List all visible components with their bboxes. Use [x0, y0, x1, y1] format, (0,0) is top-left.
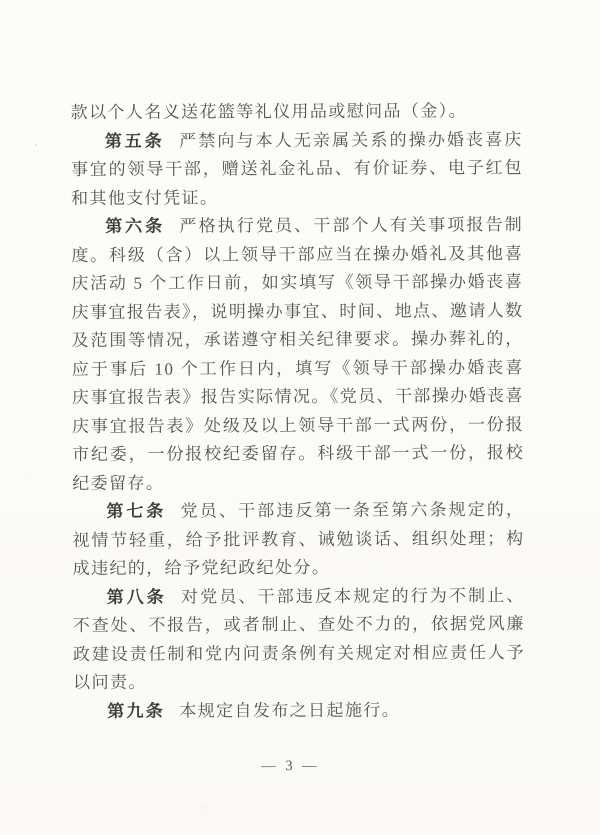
paragraph-text: 款以个人名义送花篮等礼仪用品或慰问品（金）。: [71, 101, 467, 122]
article-9-head: 第九条: [107, 701, 165, 720]
scan-noise-dot: [25, 475, 27, 476]
paragraph-text: 严格执行党员、干部个人有关事项报告制度。科级（含）以上领导干部应当在操办婚礼及其…: [71, 215, 524, 492]
page-number: — 3 —: [1, 757, 579, 777]
scan-noise-dot: [501, 711, 502, 712]
article-6-head: 第六条: [105, 217, 165, 236]
article-8-head: 第八条: [107, 587, 167, 606]
paragraph-article-6: 第六条严格执行党员、干部个人有关事项报告制度。科级（含）以上领导干部应当在操办婚…: [71, 211, 524, 498]
paragraph-text: 本规定自发布之日起施行。: [179, 700, 400, 720]
paragraph-article-9: 第九条本规定自发布之日起施行。: [73, 696, 525, 726]
paragraph-article-5: 第五条严禁向与本人无亲属关系的操办婚丧喜庆事宜的领导干部，赠送礼金礼品、有价证券…: [71, 126, 523, 213]
paragraph-continuation: 款以个人名义送花篮等礼仪用品或慰问品（金）。: [71, 97, 523, 127]
scan-content-wrapper: 款以个人名义送花篮等礼仪用品或慰问品（金）。 第五条严禁向与本人无亲属关系的操办…: [0, 0, 600, 835]
article-5-head: 第五条: [105, 131, 165, 150]
paragraph-article-8: 第八条对党员、干部违反本规定的行为不制止、不查处、不报告，或者制止、查处不力的，…: [73, 582, 525, 698]
scanned-document-page: 款以个人名义送花篮等礼仪用品或慰问品（金）。 第五条严禁向与本人无亲属关系的操办…: [0, 0, 600, 835]
scan-noise-dot: [202, 806, 204, 808]
document-body: 款以个人名义送花篮等礼仪用品或慰问品（金）。 第五条严禁向与本人无亲属关系的操办…: [71, 97, 526, 726]
paragraph-article-7: 第七条党员、干部违反第一条至第六条规定的，视情节轻重，给予批评教育、诫勉谈话、组…: [72, 496, 524, 583]
scan-noise-dot: [35, 144, 37, 146]
article-7-head: 第七条: [106, 502, 166, 521]
scan-noise-dot: [316, 55, 317, 57]
